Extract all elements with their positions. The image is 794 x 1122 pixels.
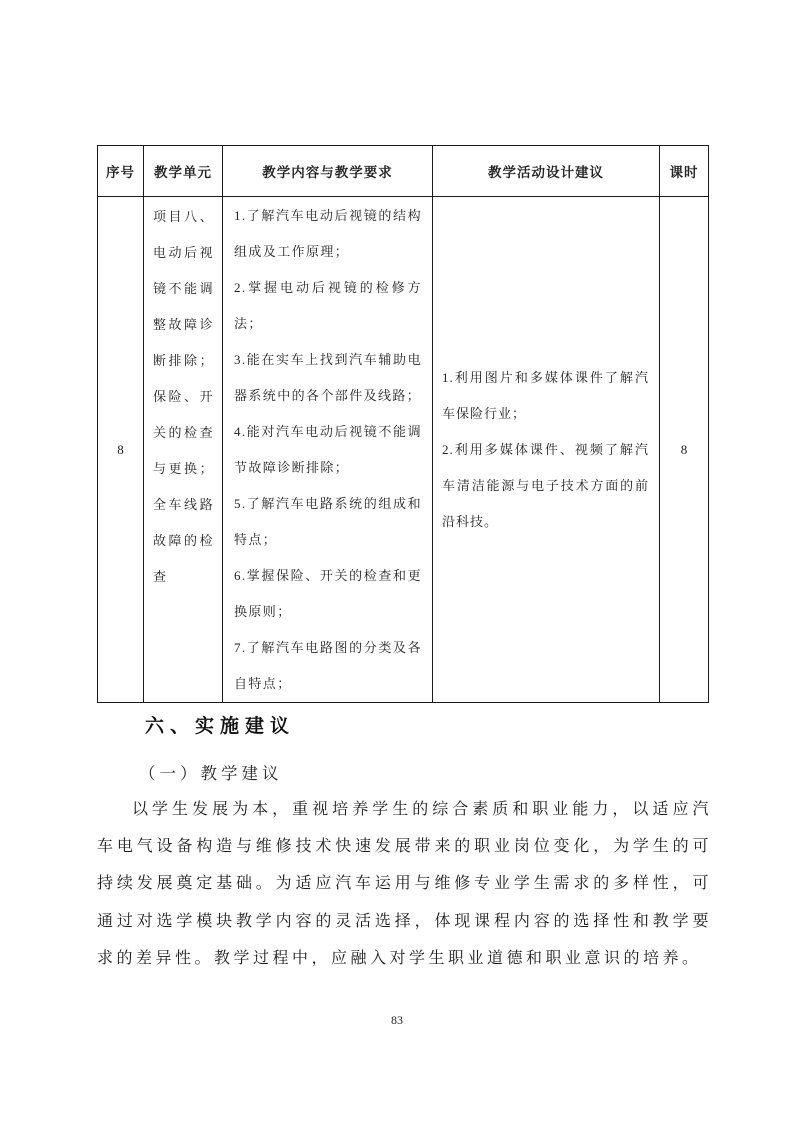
teaching-plan-table: 序号 教学单元 教学内容与教学要求 教学活动设计建议 课时 8 项目八、电动后视… (97, 145, 709, 703)
content-requirement-item: 5.了解汽车电路系统的组成和特点； (234, 486, 422, 558)
body-paragraph: 以学生发展为本，重视培养学生的综合素质和职业能力，以适应汽车电气设备构造与维修技… (97, 791, 712, 977)
header-class-hours: 课时 (660, 146, 709, 197)
content-requirement-item: 1.了解汽车电动后视镜的结构组成及工作原理； (234, 198, 422, 270)
cell-serial-number: 8 (98, 197, 144, 703)
content-requirement-item: 4.能对汽车电动后视镜不能调节故障诊断排除； (234, 414, 422, 486)
page-number: 83 (0, 1013, 794, 1028)
cell-content-requirements: 1.了解汽车电动后视镜的结构组成及工作原理；2.掌握电动后视镜的检修方法；3.能… (223, 197, 433, 703)
activity-suggestion-item: 1.利用图片和多媒体课件了解汽车保险行业； (442, 360, 649, 432)
cell-class-hours: 8 (660, 197, 709, 703)
content-requirement-item: 6.掌握保险、开关的检查和更换原则； (234, 558, 422, 630)
header-teaching-unit: 教学单元 (144, 146, 223, 197)
table-row: 8 项目八、电动后视镜不能调整故障诊断排除；保险、开关的检查与更换；全车线路故障… (98, 197, 709, 703)
content-requirement-item: 3.能在实车上找到汽车辅助电器系统中的各个部件及线路； (234, 342, 422, 414)
content-requirement-item: 7.了解汽车电路图的分类及各自特点； (234, 630, 422, 702)
section-heading: 六、实施建议 (145, 711, 295, 738)
document-page: 序号 教学单元 教学内容与教学要求 教学活动设计建议 课时 8 项目八、电动后视… (0, 0, 794, 1122)
activity-suggestion-item: 2.利用多媒体课件、视频了解汽车清洁能源与电子技术方面的前沿科技。 (442, 432, 649, 540)
cell-teaching-unit: 项目八、电动后视镜不能调整故障诊断排除；保险、开关的检查与更换；全车线路故障的检… (144, 197, 223, 703)
cell-activity-suggestions: 1.利用图片和多媒体课件了解汽车保险行业；2.利用多媒体课件、视频了解汽车清洁能… (433, 197, 660, 703)
activity-suggestions-list: 1.利用图片和多媒体课件了解汽车保险行业；2.利用多媒体课件、视频了解汽车清洁能… (442, 360, 649, 540)
header-serial: 序号 (98, 146, 144, 197)
content-requirement-item: 2.掌握电动后视镜的检修方法； (234, 270, 422, 342)
table-header-row: 序号 教学单元 教学内容与教学要求 教学活动设计建议 课时 (98, 146, 709, 197)
header-activity-suggestions: 教学活动设计建议 (433, 146, 660, 197)
header-content-requirements: 教学内容与教学要求 (223, 146, 433, 197)
content-requirements-list: 1.了解汽车电动后视镜的结构组成及工作原理；2.掌握电动后视镜的检修方法；3.能… (234, 198, 422, 702)
subsection-heading: （一）教学建议 (139, 760, 283, 784)
